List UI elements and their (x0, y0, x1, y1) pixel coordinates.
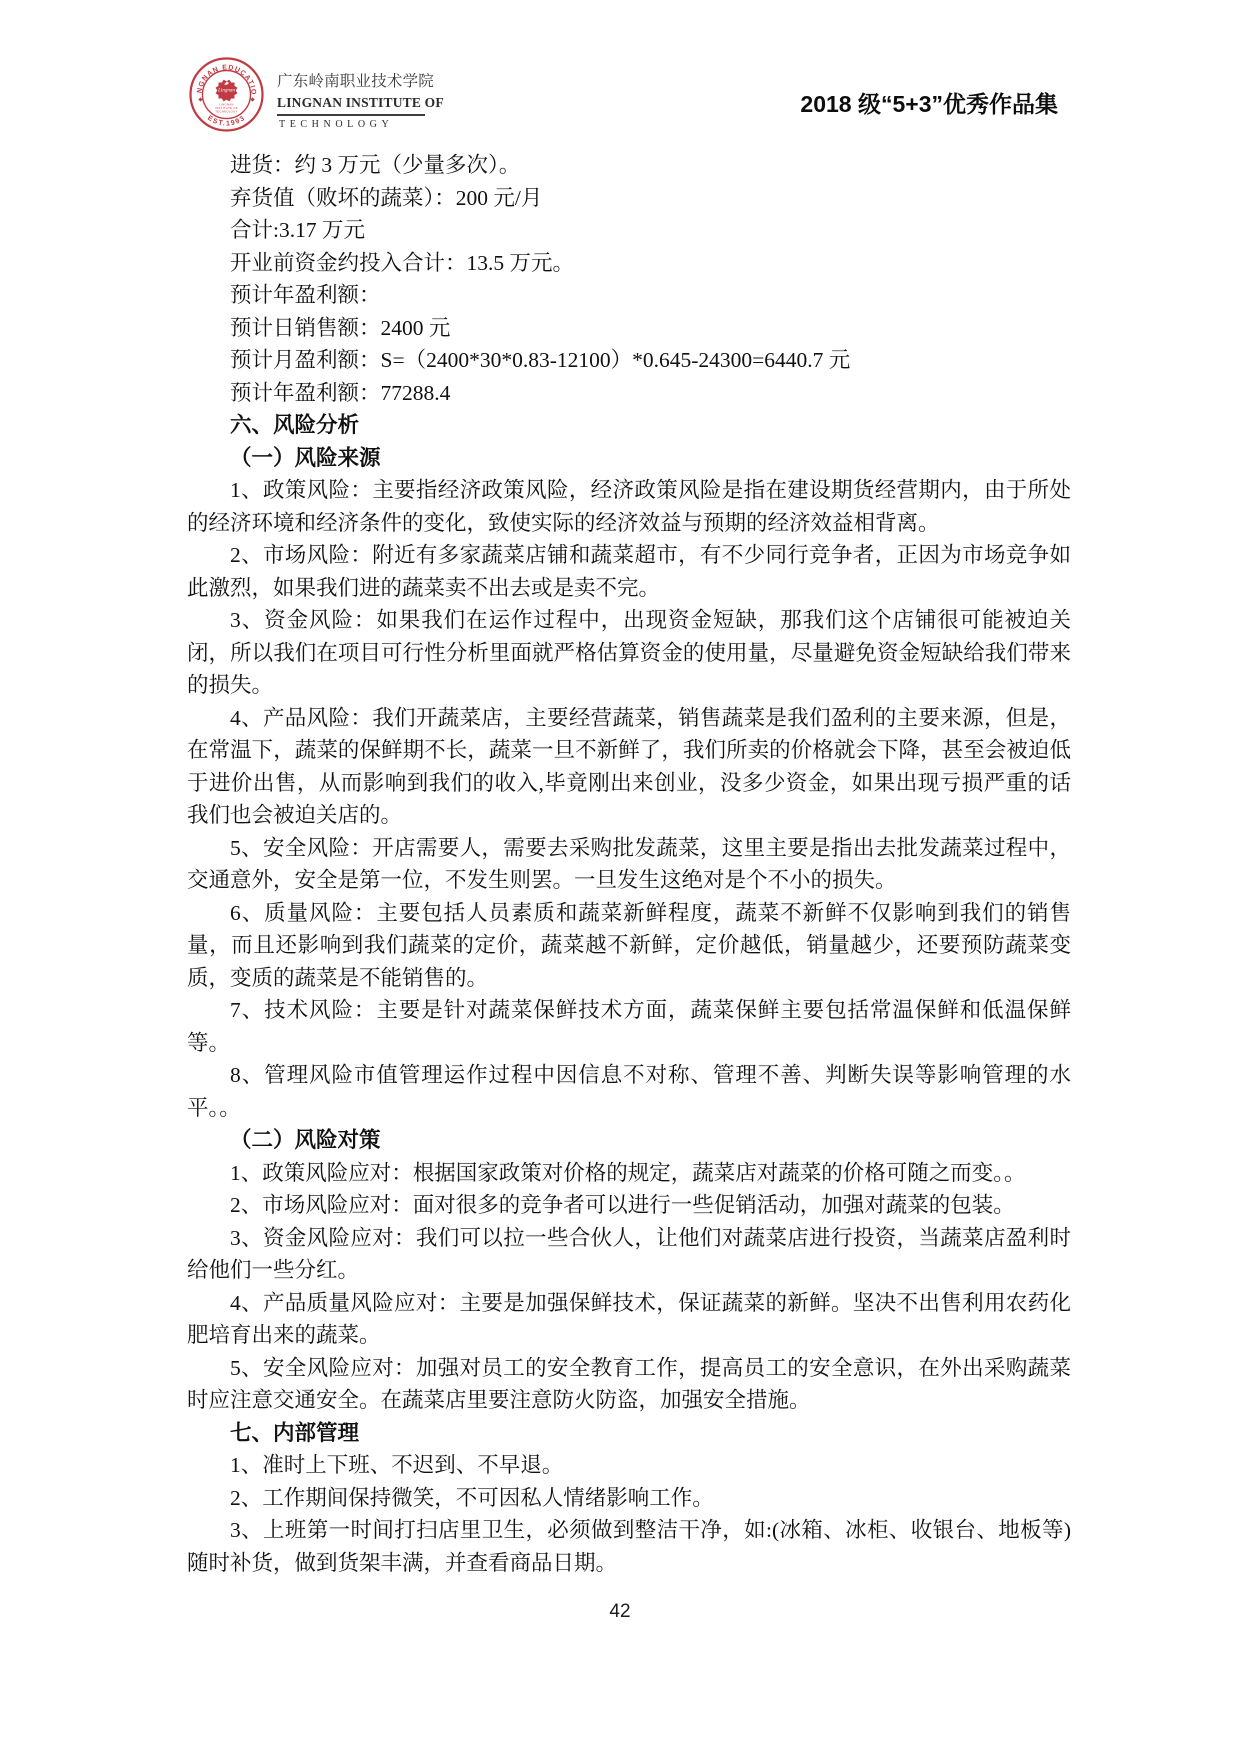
section-heading: 七、内部管理 (187, 1417, 1071, 1450)
paragraph: 3、资金风险应对：我们可以拉一些合伙人，让他们对蔬菜店进行投资，当蔬菜店盈利时给… (187, 1222, 1071, 1287)
svg-text:Lingnan: Lingnan (217, 89, 235, 94)
stat-line: 预计年盈利额：77288.4 (187, 377, 1071, 410)
stat-line: 预计年盈利额： (187, 279, 1071, 312)
stat-line: 预计日销售额：2400 元 (187, 312, 1071, 345)
paragraph: 3、上班第一时间打扫店里卫生，必须做到整洁干净，如:(冰箱、冰柜、收银台、地板等… (187, 1514, 1071, 1579)
paragraph: 8、管理风险市值管理运作过程中因信息不对称、管理不善、判断失误等影响管理的水平。… (187, 1059, 1071, 1124)
collection-title: 2018 级“5+3”优秀作品集 (800, 86, 1058, 119)
university-name-block: 广东岭南职业技术学院 LINGNAN INSTITUTE OF TECHNOLO… (277, 69, 427, 130)
paragraph: 7、技术风险：主要是针对蔬菜保鲜技术方面，蔬菜保鲜主要包括常温保鲜和低温保鲜等。 (187, 994, 1071, 1059)
stat-line: 开业前资金约投入合计：13.5 万元。 (187, 247, 1071, 280)
university-seal-icon: LINGNAN EDUCATION EST.1993 Lingnan LINGN… (189, 57, 264, 132)
page-number: 42 (0, 1601, 1240, 1623)
paragraph: 5、安全风险应对：加强对员工的安全教育工作，提高员工的安全意识，在外出采购蔬菜时… (187, 1352, 1071, 1417)
paragraph: 1、政策风险应对：根据国家政策对价格的规定，蔬菜店对蔬菜的价格可随之而变。。 (187, 1157, 1071, 1190)
stat-line: 弃货值（败坏的蔬菜）：200 元/月 (187, 182, 1071, 215)
paragraph: 3、资金风险：如果我们在运作过程中，出现资金短缺，那我们这个店铺很可能被迫关闭，… (187, 604, 1071, 702)
paragraph: 1、准时上下班、不迟到、不早退。 (187, 1449, 1071, 1482)
paragraph: 2、工作期间保持微笑，不可因私人情绪影响工作。 (187, 1482, 1071, 1515)
paragraph: 4、产品质量风险应对：主要是加强保鲜技术，保证蔬菜的新鲜。坚决不出售利用农药化肥… (187, 1287, 1071, 1352)
paragraph: 5、安全风险：开店需要人，需要去采购批发蔬菜，这里主要是指出去批发蔬菜过程中，交… (187, 832, 1071, 897)
stat-line: 合计:3.17 万元 (187, 214, 1071, 247)
stat-line: 进货：约 3 万元（少量多次）。 (187, 149, 1071, 182)
paragraph: 4、产品风险：我们开蔬菜店，主要经营蔬菜，销售蔬菜是我们盈利的主要来源，但是，在… (187, 702, 1071, 832)
svg-text:TECHNOLOGY: TECHNOLOGY (215, 110, 238, 114)
university-name-english-line1: LINGNAN INSTITUTE OF (277, 95, 427, 111)
paragraph: 2、市场风险应对：面对很多的竞争者可以进行一些促销活动，加强对蔬菜的包装。 (187, 1189, 1071, 1222)
stat-line: 预计月盈利额：S=（2400*30*0.83-12100）*0.645-2430… (187, 344, 1071, 377)
document-body: 进货：约 3 万元（少量多次）。 弃货值（败坏的蔬菜）：200 元/月 合计:3… (187, 149, 1071, 1579)
document-page: LINGNAN EDUCATION EST.1993 Lingnan LINGN… (0, 0, 1240, 1753)
university-name-english-line2: TECHNOLOGY (277, 119, 427, 130)
section-heading: 六、风险分析 (187, 409, 1071, 442)
subsection-heading: （二）风险对策 (187, 1124, 1071, 1157)
paragraph: 6、质量风险：主要包括人员素质和蔬菜新鲜程度，蔬菜不新鲜不仅影响到我们的销售量，… (187, 897, 1071, 995)
paragraph: 2、市场风险：附近有多家蔬菜店铺和蔬菜超市，有不少同行竞争者，正因为市场竞争如此… (187, 539, 1071, 604)
university-name-chinese: 广东岭南职业技术学院 (277, 69, 427, 91)
paragraph: 1、政策风险：主要指经济政策风险，经济政策风险是指在建设期货经营期内，由于所处的… (187, 474, 1071, 539)
subsection-heading: （一）风险来源 (187, 442, 1071, 475)
header-divider-line (277, 114, 425, 116)
